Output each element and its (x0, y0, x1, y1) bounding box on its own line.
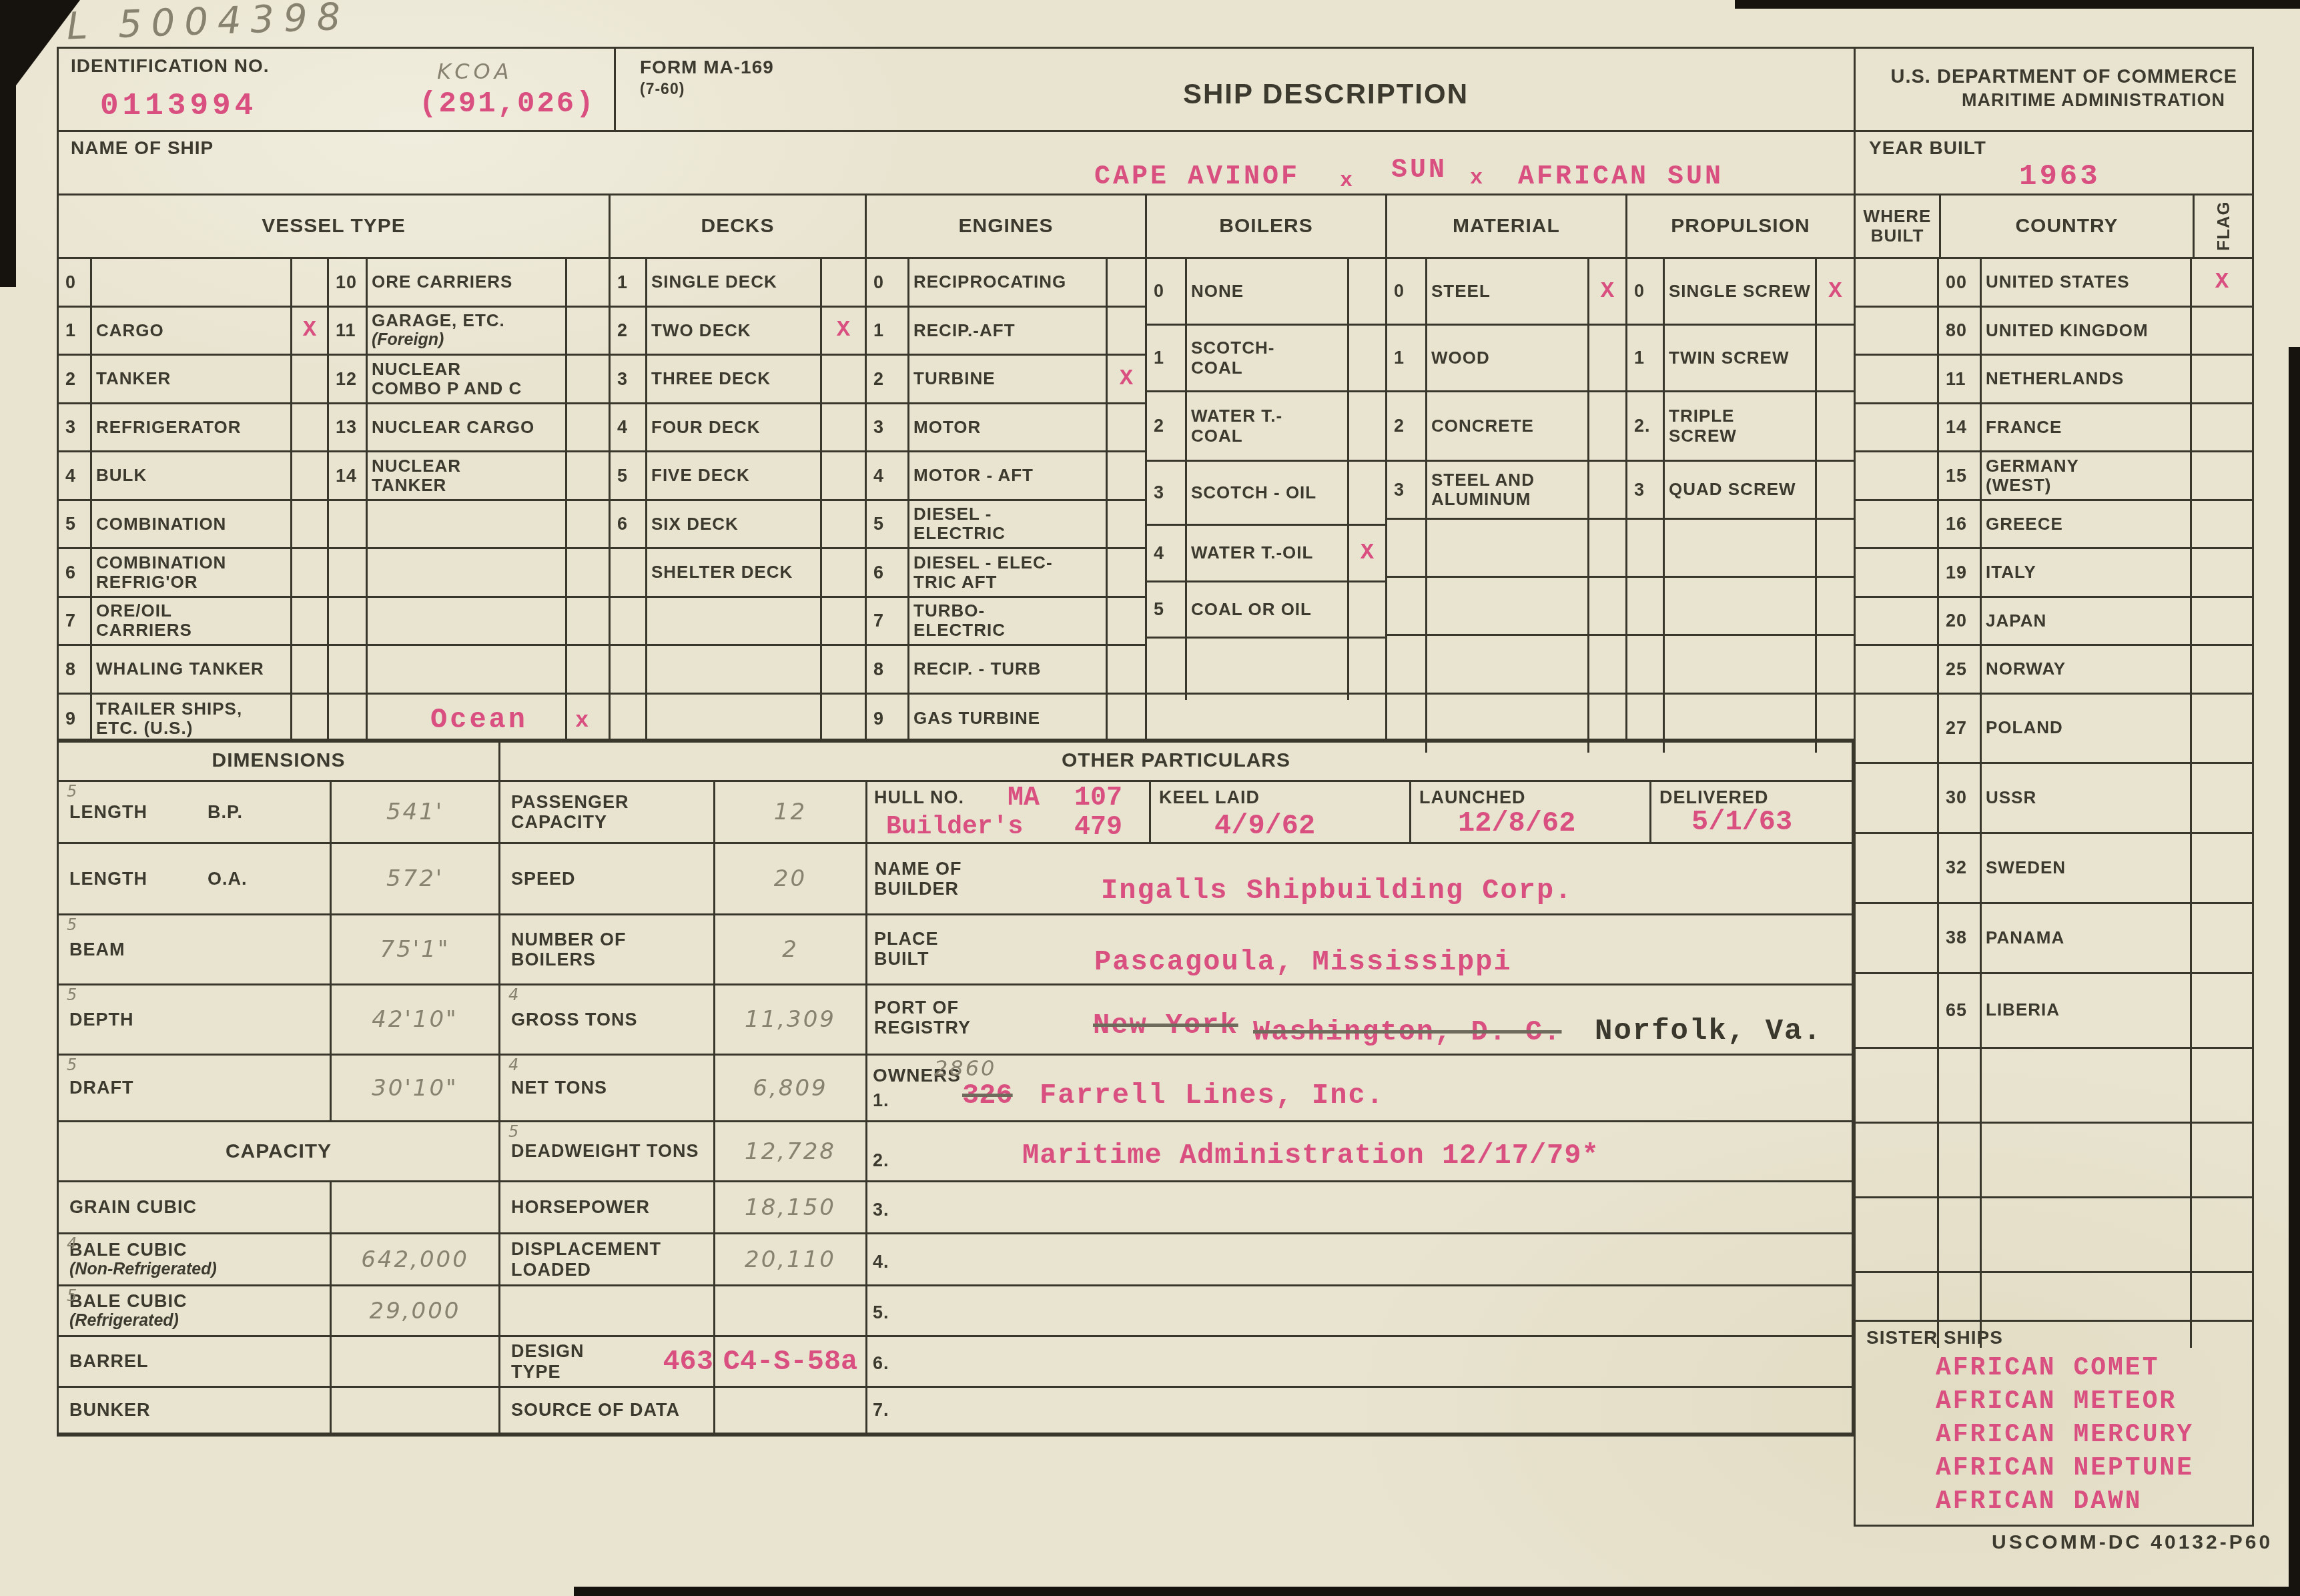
dimension-label-text: BEAM (69, 939, 125, 959)
particular-value: 12 (715, 782, 867, 844)
hull-no-cell: HULL NO. MA 107 Builder's 479 (867, 782, 1151, 842)
dimension-sublabel: O.A. (208, 869, 248, 889)
flag-header-label: FLAG (2213, 202, 2233, 252)
owner-number-6: 6. (873, 1353, 889, 1373)
dimension-sublabel: B.P. (208, 802, 243, 822)
form-print-code: USCOMM-DC 40132-P60 (1992, 1531, 2273, 1554)
propulsion-header: PROPULSION (1625, 193, 1856, 259)
code-cell: 13 (329, 404, 368, 451)
label-cell: CONCRETE (1427, 392, 1589, 460)
particular-label-text: DEADWEIGHT TONS (511, 1141, 699, 1161)
country-code-cell (1939, 1124, 1982, 1196)
label-cell (368, 598, 567, 645)
material-row: 2 CONCRETE (1387, 392, 1625, 462)
propulsion-table: 0 SINGLE SCREW X 1 TWIN SCREW 2. TRIPLE … (1625, 257, 1856, 743)
where-built-cell (1856, 834, 1939, 902)
country-row: 20 JAPAN (1856, 598, 2252, 647)
keel-laid-label: KEEL LAID (1159, 787, 1260, 807)
flag-check-cell (2192, 549, 2252, 596)
decks-row: 2 TWO DECK X (611, 308, 865, 356)
label-cell: QUAD SCREW (1665, 462, 1817, 518)
code-cell: 2 (867, 356, 909, 402)
country-code-cell: 30 (1939, 764, 1982, 832)
country-code-cell: 32 (1939, 834, 1982, 902)
check-cell (1108, 308, 1145, 354)
engines-row: 1 RECIP.-AFT (867, 308, 1145, 356)
year-built-value: 1963 (2019, 160, 2100, 193)
country-row: 27 POLAND (1856, 695, 2252, 764)
label-cell (1187, 639, 1349, 693)
check-cell (292, 695, 329, 743)
country-label-cell: GREECE (1982, 501, 2192, 548)
place-built-value: Pascagoula, Mississippi (1094, 946, 1512, 978)
country-row: 16 GREECE (1856, 501, 2252, 550)
check-cell (1589, 578, 1625, 634)
check-cell (1817, 462, 1854, 518)
capacity-label: BARREL (59, 1337, 332, 1388)
flag-check-cell (2192, 501, 2252, 548)
code-cell (329, 598, 368, 645)
country-code-cell: 25 (1939, 646, 1982, 693)
capacity-value: 29,000 (332, 1286, 500, 1337)
particular-blank-cell (500, 1286, 715, 1337)
label-cell: TWO DECK (647, 308, 822, 354)
department-name: U.S. DEPARTMENT OF COMMERCE (1891, 66, 2237, 87)
flag-header: FLAG (2193, 193, 2254, 259)
form-title-box: FORM MA-169 (7-60) SHIP DESCRIPTION (614, 47, 1856, 132)
scan-edge-top (1735, 0, 2300, 9)
country-label-cell: UNITED KINGDOM (1982, 308, 2192, 354)
owners-row-7: 7. (867, 1388, 1854, 1435)
code-cell: 1 (1387, 326, 1427, 390)
country-row (1856, 1049, 2252, 1124)
label-cell: RECIPROCATING (909, 259, 1108, 306)
label-cell (647, 598, 822, 645)
country-label-cell: LIBERIA (1982, 974, 2192, 1047)
label-text: NUCLEAR CARGO (372, 418, 534, 437)
label-text: NUCLEAR TANKER (372, 456, 461, 495)
form-edition: (7-60) (640, 81, 685, 98)
check-cell (292, 404, 329, 451)
ocean-annotation: Ocean (430, 704, 528, 736)
particular-label: 4 NET TONS (500, 1056, 715, 1122)
other-particulars-header: OTHER PARTICULARS (500, 741, 1854, 782)
code-cell (611, 646, 647, 693)
identification-number: 0113994 (100, 89, 257, 123)
owner-number-5: 5. (873, 1302, 889, 1322)
country-label-cell: ITALY (1982, 549, 2192, 596)
scan-edge-right (2289, 347, 2300, 1596)
flag-check-cell (2192, 452, 2252, 499)
check-cell (567, 646, 609, 693)
particular-label: PASSENGER CAPACITY (500, 782, 715, 844)
dimension-value: 541' (332, 782, 500, 844)
check-cell (567, 549, 609, 596)
country-row (1856, 1198, 2252, 1273)
check-cell (822, 501, 865, 548)
launched-label: LAUNCHED (1419, 787, 1526, 807)
check-cell (292, 501, 329, 548)
check-cell (292, 598, 329, 645)
country-label-cell (1982, 1049, 2192, 1122)
source-of-data-label: SOURCE OF DATA (500, 1388, 715, 1435)
decks-row (611, 695, 865, 743)
code-cell (329, 646, 368, 693)
delivered-cell: DELIVERED 5/1/63 (1651, 782, 1852, 842)
where-built-cell (1856, 974, 1939, 1047)
particular-label: DISPLACEMENT LOADED (500, 1234, 715, 1286)
engines-row: 8 RECIP. - TURB (867, 646, 1145, 695)
country-code-cell: 27 (1939, 695, 1982, 762)
dimension-value: 75'1" (332, 915, 500, 985)
boilers-row: 1 SCOTCH- COAL (1147, 326, 1385, 392)
check-cell: X (1349, 526, 1385, 580)
code-cell (611, 549, 647, 596)
country-row (1856, 1124, 2252, 1198)
ship-name-middle: SUN (1391, 155, 1447, 185)
department-box: U.S. DEPARTMENT OF COMMERCE MARITIME ADM… (1854, 47, 2254, 132)
capacity-value (332, 1388, 500, 1435)
decks-row: 6 SIX DECK (611, 501, 865, 550)
label-cell: SCOTCH - OIL (1187, 462, 1349, 524)
particular-value: 20 (715, 844, 867, 915)
dimension-value: 30'10" (332, 1056, 500, 1122)
pencil-mark: 5 (67, 782, 77, 801)
label-cell: SCOTCH- COAL (1187, 326, 1349, 390)
label-cell: TRAILER SHIPS, ETC. (U.S.) (92, 695, 292, 743)
where-built-cell (1856, 308, 1939, 354)
owners-row-3: 3. (867, 1182, 1854, 1234)
check-cell (292, 259, 329, 306)
check-cell (1589, 636, 1625, 693)
label-text: NUCLEAR COMBO P AND C (372, 360, 522, 398)
propulsion-row (1627, 636, 1854, 695)
label-cell: COMBINATION (92, 501, 292, 548)
code-cell: 7 (59, 598, 92, 645)
material-row (1387, 636, 1625, 695)
code-cell: 2 (611, 308, 647, 354)
check-cell (1108, 501, 1145, 548)
country-label-cell: SWEDEN (1982, 834, 2192, 902)
pencil-mark: 4 (508, 1056, 518, 1074)
particular-value: 11,309 (715, 985, 867, 1056)
pencil-note-kcoa: KCOA (437, 59, 513, 84)
check-cell (1108, 598, 1145, 645)
code-cell: 6 (611, 501, 647, 548)
check-cell: X (1589, 259, 1625, 324)
label-cell: NUCLEAR CARGO (368, 404, 567, 451)
check-cell (1349, 259, 1385, 324)
code-cell (1627, 578, 1665, 634)
code-cell (1627, 520, 1665, 576)
handwritten-file-number: L 5004398 (66, 0, 350, 48)
code-cell: 14 (329, 452, 368, 499)
particular-label-text: SOURCE OF DATA (511, 1400, 680, 1420)
code-cell (1147, 695, 1187, 700)
code-cell (329, 501, 368, 548)
label-cell: WATER T.- COAL (1187, 392, 1349, 460)
place-built-label: PLACE BUILT (874, 929, 939, 969)
pencil-mark: 4 (508, 985, 518, 1004)
particular-label: HORSEPOWER (500, 1182, 715, 1234)
boilers-row (1147, 695, 1385, 700)
check-mark: X (1601, 279, 1614, 304)
decks-row: 5 FIVE DECK (611, 452, 865, 501)
particular-label-text: DISPLACEMENT LOADED (511, 1239, 661, 1279)
code-cell: 5 (867, 501, 909, 548)
label-cell: GARAGE, ETC. (Foreign) (368, 308, 567, 354)
flag-check-cell (2192, 834, 2252, 902)
where-built-cell (1856, 646, 1939, 693)
label-cell: NUCLEAR COMBO P AND C (368, 356, 567, 402)
check-mark: X (1828, 279, 1842, 304)
code-cell: 9 (59, 695, 92, 743)
label-cell (1665, 636, 1817, 693)
name-of-builder-label: NAME OF BUILDER (874, 859, 962, 899)
label-cell (1665, 520, 1817, 576)
keel-laid-cell: KEEL LAID 4/9/62 (1151, 782, 1411, 842)
decks-row: 3 THREE DECK (611, 356, 865, 404)
country-row: 32 SWEDEN (1856, 834, 2252, 904)
country-code-cell: 38 (1939, 904, 1982, 972)
where-built-cell (1856, 598, 1939, 645)
vessel-type-header: VESSEL TYPE (57, 193, 611, 259)
code-cell: 4 (59, 452, 92, 499)
sister-ships-label: SISTER SHIPS (1866, 1327, 2003, 1348)
label-cell: COMBINATION REFRIG'OR (92, 549, 292, 596)
vessel-type-row: 8 WHALING TANKER (59, 646, 609, 695)
code-cell: 1 (867, 308, 909, 354)
particular-blank-cell (715, 1286, 867, 1337)
owners-row-1: OWNERS 1. 326 Farrell Lines, Inc. (867, 1056, 1854, 1122)
check-mark: X (303, 318, 316, 343)
check-cell (822, 404, 865, 451)
check-cell (567, 356, 609, 402)
owner-2-value: Maritime Administration 12/17/79* (1022, 1140, 1599, 1172)
sister-ship-name: AFRICAN METEOR (1936, 1387, 2194, 1421)
code-cell: 11 (329, 308, 368, 354)
sister-ships-box: SISTER SHIPS AFRICAN COMET AFRICAN METEO… (1854, 1320, 2254, 1527)
vessel-type-row: 3 REFRIGERATOR 13 NUCLEAR CARGO (59, 404, 609, 453)
country-table: 00 UNITED STATES X 80 UNITED KINGDOM 11 … (1854, 257, 2254, 1322)
particular-value: 18,150 (715, 1182, 867, 1234)
code-cell: 6 (59, 549, 92, 596)
country-row: 25 NORWAY (1856, 646, 2252, 695)
name-of-builder-value: Ingalls Shipbuilding Corp. (1101, 875, 1573, 907)
capacity-value: 642,000 (332, 1234, 500, 1286)
boilers-table: 0 NONE 1 SCOTCH- COAL 2 WATER T.- COAL 3… (1145, 257, 1387, 743)
check-cell (1349, 462, 1385, 524)
vessel-type-row: 0 10 ORE CARRIERS (59, 259, 609, 308)
boilers-row: 4 WATER T.-OIL X (1147, 526, 1385, 582)
decks-row (611, 598, 865, 647)
label-cell: STEEL (1427, 259, 1589, 324)
check-cell (1349, 582, 1385, 637)
country-row: 00 UNITED STATES X (1856, 259, 2252, 308)
delivered-label: DELIVERED (1659, 787, 1769, 807)
engines-table: 0 RECIPROCATING 1 RECIP.-AFT 2 TURBINE X… (865, 257, 1147, 743)
code-cell: 3 (59, 404, 92, 451)
boilers-row: 0 NONE (1147, 259, 1385, 326)
dimension-label: 5 BEAM (59, 915, 332, 985)
country-label-cell (1982, 1124, 2192, 1196)
code-cell: 2 (1387, 392, 1427, 460)
pencil-owner-code: 2860 (934, 1056, 996, 1081)
design-type-number: 463 (663, 1346, 713, 1378)
propulsion-row (1627, 520, 1854, 578)
label-cell (368, 549, 567, 596)
particular-label-text: PASSENGER CAPACITY (511, 792, 629, 832)
propulsion-row: 1 TWIN SCREW (1627, 326, 1854, 392)
check-cell (1589, 462, 1625, 518)
code-cell: 0 (1147, 259, 1187, 324)
label-cell: CARGO (92, 308, 292, 354)
country-row: 38 PANAMA (1856, 904, 2252, 974)
where-built-cell (1856, 452, 1939, 499)
dimension-label: LENGTH O.A. (59, 844, 332, 915)
country-row: 14 FRANCE (1856, 404, 2252, 453)
code-cell: 0 (59, 259, 92, 306)
form-number: FORM MA-169 (640, 57, 774, 77)
particular-label-text: SPEED (511, 869, 576, 889)
label-cell (1187, 695, 1349, 700)
decks-table: 1 SINGLE DECK 2 TWO DECK X 3 THREE DECK … (609, 257, 867, 743)
capacity-value (332, 1337, 500, 1388)
check-cell: X (1817, 259, 1854, 324)
country-code-cell: 00 (1939, 259, 1982, 306)
label-cell: WHALING TANKER (92, 646, 292, 693)
code-cell: 4 (1147, 526, 1187, 580)
label-cell (647, 695, 822, 743)
port-of-registry-value: Norfolk, Va. (1595, 1015, 1822, 1048)
flag-check-cell (2192, 904, 2252, 972)
dimension-label-text: DRAFT (69, 1078, 133, 1098)
engines-row: 3 MOTOR (867, 404, 1145, 453)
particular-label-text: GROSS TONS (511, 1010, 638, 1030)
vessel-type-table: 0 10 ORE CARRIERS 1 CARGO X 11 GARAGE, E… (57, 257, 611, 743)
design-type-code: C4-S-58a (715, 1337, 867, 1388)
where-built-header: WHERE BUILT (1854, 193, 1941, 259)
code-cell: 7 (867, 598, 909, 645)
code-cell: 5 (59, 501, 92, 548)
particular-value: 6,809 (715, 1056, 867, 1122)
source-of-data-value (715, 1388, 867, 1435)
decks-header: DECKS (609, 193, 867, 259)
engines-row: 0 RECIPROCATING (867, 259, 1145, 308)
pencil-mark: 4 (67, 1234, 77, 1253)
vessel-type-row: 1 CARGO X 11 GARAGE, ETC. (Foreign) (59, 308, 609, 356)
owner-number-4: 4. (873, 1252, 889, 1272)
where-built-cell (1856, 549, 1939, 596)
label-cell: GAS TURBINE (909, 695, 1108, 743)
label-cell: FIVE DECK (647, 452, 822, 499)
boilers-row: 5 COAL OR OIL (1147, 582, 1385, 639)
label-cell: ORE CARRIERS (368, 259, 567, 306)
particular-label: SPEED (500, 844, 715, 915)
flag-check-cell: X (2192, 259, 2252, 306)
check-cell (1817, 392, 1854, 460)
owner-number-3: 3. (873, 1200, 889, 1220)
port-of-registry-label: PORT OF REGISTRY (874, 997, 971, 1038)
country-row: 30 USSR (1856, 764, 2252, 834)
flag-check-cell (2192, 1124, 2252, 1196)
code-cell: 0 (1627, 259, 1665, 324)
owner-1-value: Farrell Lines, Inc. (1040, 1080, 1385, 1112)
label-cell: WATER T.-OIL (1187, 526, 1349, 580)
dimension-value: 572' (332, 844, 500, 915)
code-cell: 5 (611, 452, 647, 499)
label-cell (92, 259, 292, 306)
code-cell (329, 695, 368, 743)
country-code-cell: 65 (1939, 974, 1982, 1047)
capacity-label-text: BARREL (69, 1351, 149, 1371)
particular-label-text: NET TONS (511, 1078, 607, 1098)
check-cell (1349, 639, 1385, 693)
check-cell (292, 646, 329, 693)
identification-paren-number: (291,026) (419, 87, 596, 121)
label-cell: FOUR DECK (647, 404, 822, 451)
check-cell (1589, 520, 1625, 576)
check-cell (1817, 578, 1854, 634)
sister-ships-list: AFRICAN COMET AFRICAN METEOR AFRICAN MER… (1936, 1354, 2194, 1521)
check-cell (1108, 646, 1145, 693)
label-cell (1427, 578, 1589, 634)
material-row (1387, 520, 1625, 578)
label-cell: SINGLE SCREW (1665, 259, 1817, 324)
flag-check-cell (2192, 1198, 2252, 1271)
pencil-mark: 5 (67, 985, 77, 1004)
country-code-cell (1939, 1049, 1982, 1122)
code-cell: 1 (1147, 326, 1187, 390)
decks-row: 1 SINGLE DECK (611, 259, 865, 308)
boilers-header: BOILERS (1145, 193, 1387, 259)
port-of-registry-row: PORT OF REGISTRY New York Washington, D.… (867, 985, 1854, 1056)
code-cell: 3 (611, 356, 647, 402)
port-struck-new-york: New York (1093, 1010, 1238, 1042)
code-cell: 5 (1147, 582, 1187, 637)
material-row (1387, 578, 1625, 636)
country-code-cell: 19 (1939, 549, 1982, 596)
check-cell (822, 452, 865, 499)
code-cell (1147, 639, 1187, 693)
code-cell: 9 (867, 695, 909, 743)
particular-label-text: HORSEPOWER (511, 1197, 650, 1217)
code-cell: 2. (1627, 392, 1665, 460)
vessel-type-row: 5 COMBINATION (59, 501, 609, 550)
sister-ship-name: AFRICAN DAWN (1936, 1487, 2194, 1521)
port-struck-washington: Washington, D. C. (1253, 1016, 1561, 1048)
pencil-mark: 5 (508, 1122, 518, 1141)
label-cell: TURBO- ELECTRIC (909, 598, 1108, 645)
check-cell (292, 452, 329, 499)
label-cell (1427, 520, 1589, 576)
check-cell (1108, 452, 1145, 499)
country-label-cell: POLAND (1982, 695, 2192, 762)
launched-cell: LAUNCHED 12/8/62 (1411, 782, 1651, 842)
code-cell: 4 (867, 452, 909, 499)
country-label-cell: GERMANY (WEST) (1982, 452, 2192, 499)
dimension-label: 5 LENGTH B.P. (59, 782, 332, 844)
check-cell (1817, 326, 1854, 390)
code-cell: 3 (1147, 462, 1187, 524)
country-row: 65 LIBERIA (1856, 974, 2252, 1049)
material-row: 3 STEEL AND ALUMINUM (1387, 462, 1625, 520)
check-cell (567, 501, 609, 548)
label-cell: NUCLEAR TANKER (368, 452, 567, 499)
where-built-cell (1856, 764, 1939, 832)
code-cell: 1 (611, 259, 647, 306)
engines-row: 5 DIESEL - ELECTRIC (867, 501, 1145, 550)
